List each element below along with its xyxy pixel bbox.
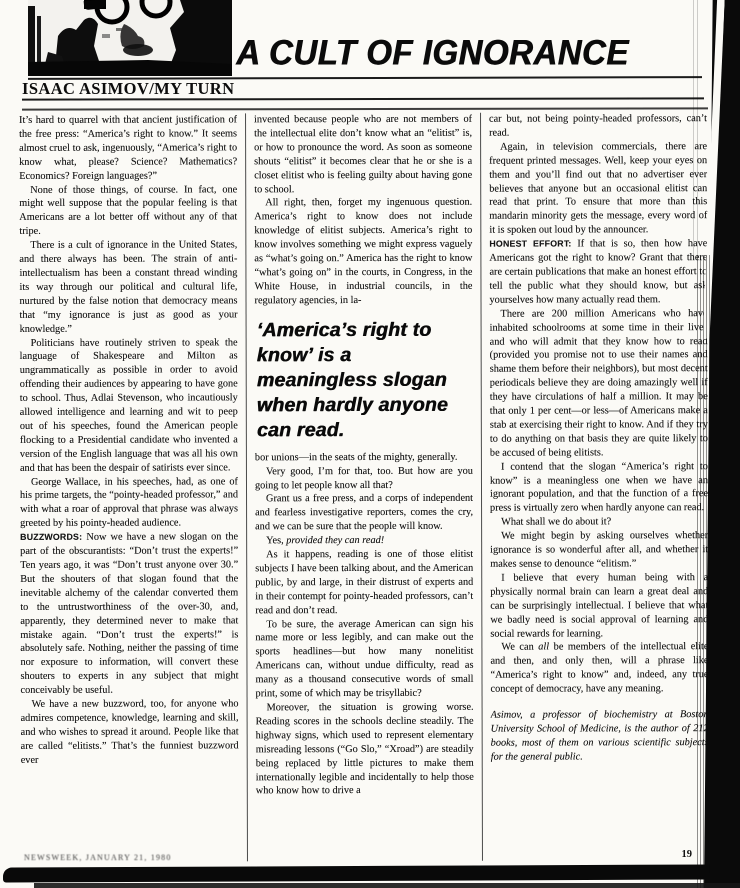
paragraph: I contend that the slogan “America’s rig… [490, 460, 708, 516]
column-divider [245, 113, 248, 861]
paragraph: BUZZWORDS: Now we have a new slogan on t… [20, 531, 238, 698]
column-1: It’s hard to quarrel with that ancient j… [19, 113, 239, 862]
paragraph: None of those things, of course. In fact… [19, 183, 237, 239]
scan-artifact-bottom-band [34, 883, 740, 888]
paragraph: George Wallace, in his speeches, had, as… [20, 475, 238, 531]
paragraph: All right, then, forget my ingenuous que… [254, 196, 472, 308]
paragraph: There is a cult of ignorance in the Unit… [19, 238, 237, 336]
scan-artifact-bottom-band [3, 864, 710, 882]
paragraph: car but, not being pointy-headed profess… [489, 112, 707, 140]
paragraph: Politicians have routinely striven to sp… [20, 336, 238, 476]
magazine-date: NEWSWEEK, JANUARY 21, 1980 [24, 853, 172, 862]
magazine-page-scan: A CULT OF IGNORANCE ISAAC ASIMOV/MY TURN… [0, 0, 740, 888]
author-bio: Asimov, a professor of biochemistry at B… [491, 708, 709, 764]
column-3: car but, not being pointy-headed profess… [489, 112, 709, 861]
paragraph: Yes, provided they can read! [255, 534, 473, 548]
pull-quote: ‘America’s right to know’ is a meaningle… [255, 307, 473, 451]
column-divider [480, 113, 483, 861]
kicker-bottom-rule [22, 97, 704, 100]
article-title: A CULT OF IGNORANCE [236, 33, 676, 73]
paragraph: invented because people who are not memb… [254, 113, 472, 197]
paragraph: We can all be members of the intellectua… [490, 641, 708, 697]
paragraph: To be sure, the average American can sig… [255, 617, 473, 701]
paragraph: Moreover, the situation is growing worse… [256, 701, 474, 799]
paragraph: It’s hard to quarrel with that ancient j… [19, 113, 237, 183]
paragraph: We have a new buzzword, too, for anyone … [21, 697, 239, 767]
page-number: 19 [682, 849, 693, 860]
article-body: It’s hard to quarrel with that ancient j… [19, 112, 713, 862]
paragraph: HONEST EFFORT: If that is so, then how h… [489, 237, 707, 307]
paragraph: What shall we do about it? [490, 515, 708, 529]
scan-artifact-edge-noise [693, 0, 699, 260]
paragraph: As it happens, reading is one of those e… [255, 548, 473, 618]
column-2: invented because people who are not memb… [254, 113, 474, 862]
paragraph: Very good, I’m for that, too. But how ar… [255, 464, 473, 492]
paragraph: bor unions—in the seats of the mighty, g… [255, 450, 473, 464]
paragraph: I believe that every human being with a … [490, 571, 708, 641]
paragraph: We might begin by asking ourselves wheth… [490, 529, 708, 571]
paragraph: Grant us a free press, and a corps of in… [255, 492, 473, 534]
body-top-rule [22, 107, 708, 110]
scan-artifact-edge-noise [697, 255, 711, 888]
isaac-asimov-photo [28, 0, 232, 76]
paragraph: Again, in television commercials, there … [489, 140, 707, 238]
paragraph: There are 200 million Americans who have… [490, 307, 708, 461]
kicker-byline: ISAAC ASIMOV/MY TURN [22, 79, 234, 99]
